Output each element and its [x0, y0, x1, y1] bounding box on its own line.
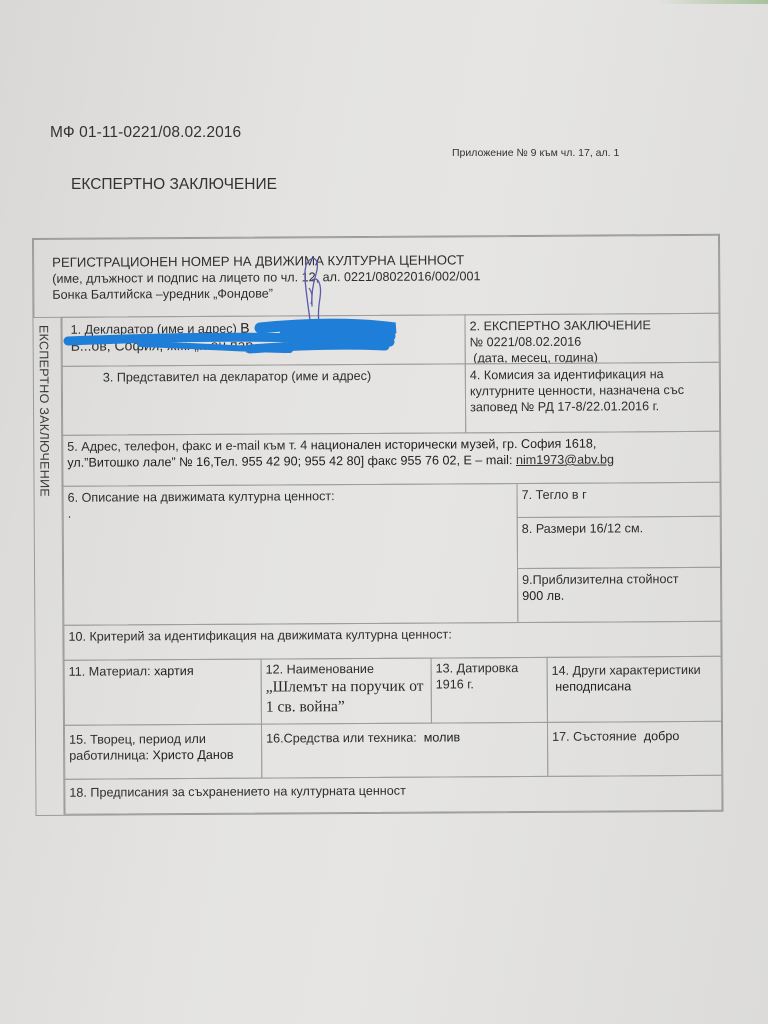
- field-creator: 15. Творец, период или работилница: Хрис…: [64, 724, 262, 780]
- field-declarant: 1. Декларатор (име и адрес) Вров Б...ов,…: [61, 314, 465, 366]
- material-label: 11. Материал:: [69, 664, 155, 679]
- background-corner: [658, 0, 768, 4]
- registration-section: РЕГИСТРАЦИОНЕН НОМЕР НА ДВИЖИМА КУЛТУРНА…: [33, 235, 719, 318]
- dimensions-label: 8. Размери 16/12 см.: [522, 521, 643, 536]
- document-title: ЕКСПЕРТНО ЗАКЛЮЧЕНИЕ: [71, 176, 277, 194]
- criterion-label: 10. Критерий за идентификация на движима…: [68, 627, 451, 643]
- approx-value: 900 лв.: [522, 587, 716, 604]
- expert-opinion-number: № 0221/08.02.2016: [470, 333, 715, 350]
- address-label: 5. Адрес, телефон, факс и e-mail към т. …: [67, 438, 311, 453]
- annex-label: Приложение № 9 към чл. 17, ал. 1: [452, 147, 619, 159]
- dating-label: 13. Датировка: [436, 660, 543, 677]
- address-value-1: национален исторически музей, гр. София …: [311, 437, 597, 453]
- reference-number: МФ 01-11-0221/08.02.2016: [50, 124, 241, 142]
- registration-curator: Бонка Балтийска –уредник „Фондове”: [52, 283, 700, 303]
- field-storage-instructions: 18. Предписания за съхранението на култу…: [64, 775, 722, 815]
- field-dating: 13. Датировка 1916 г.: [431, 657, 548, 724]
- field-dimensions: 8. Размери 16/12 см.: [517, 516, 721, 569]
- address-value-2: ул.”Витошко лале” № 16,Тел. 955 42 90; 9…: [67, 453, 516, 470]
- side-column: ЕКСПЕРТНО ЗАКЛЮЧЕНИЕ: [33, 317, 64, 815]
- field-other-characteristics: 14. Други характеристики неподписана: [547, 656, 722, 723]
- name-label: 12. Наименование: [266, 661, 427, 678]
- technique-label: 16.Средства или техника:: [266, 731, 424, 746]
- email-link[interactable]: nim1973@abv.bg: [516, 452, 614, 467]
- name-value: „Шлемът на поручик от 1 св. война”: [266, 677, 427, 718]
- declarant-label: 1. Декларатор (име и адрес): [71, 322, 241, 337]
- technique-value: молив: [424, 730, 461, 744]
- commission-label: 4. Комисия за идентификация на културнит…: [470, 367, 684, 414]
- weight-label: 7. Тегло в г: [522, 488, 587, 502]
- expert-opinion-label: 2. ЕКСПЕРТНО ЗАКЛЮЧЕНИЕ: [469, 317, 714, 334]
- side-label: ЕКСПЕРТНО ЗАКЛЮЧЕНИЕ: [37, 325, 52, 497]
- approx-value-label: 9.Приблизителна стойност: [522, 571, 716, 588]
- field-technique: 16.Средства или техника: молив: [261, 722, 548, 779]
- other-characteristics-label: 14. Други характеристики: [552, 662, 717, 679]
- declarant-name-end: ров: [340, 319, 363, 335]
- field-name: 12. Наименование „Шлемът на поручик от 1…: [261, 658, 432, 725]
- field-material: 11. Материал: хартия: [64, 659, 262, 726]
- field-description: 6. Описание на движимата културна ценнос…: [63, 483, 519, 626]
- condition-label: 17. Състояние: [552, 729, 644, 744]
- field-approx-value: 9.Приблизителна стойност 900 лв.: [517, 567, 721, 623]
- description-value: .: [68, 503, 513, 522]
- field-criterion: 10. Критерий за идентификация на движима…: [63, 621, 721, 661]
- storage-instructions-label: 18. Предписания за съхранението на култу…: [69, 784, 406, 800]
- expert-opinion-form: РЕГИСТРАЦИОНЕН НОМЕР НА ДВИЖИМА КУЛТУРНА…: [32, 234, 724, 816]
- declarant-address: Б...ов, София, ж.к. „...ен пар... ...1: [71, 335, 461, 353]
- material-value: хартия: [154, 664, 194, 678]
- other-characteristics-value: неподписана: [552, 678, 717, 695]
- field-weight: 7. Тегло в г: [517, 482, 721, 518]
- field-address: 5. Адрес, телефон, факс и e-mail към т. …: [62, 431, 720, 487]
- field-representative: 3. Представител на декларатор (име и адр…: [62, 363, 466, 435]
- field-commission: 4. Комисия за идентификация на културнит…: [465, 362, 720, 434]
- representative-label: 3. Представител на декларатор (име и адр…: [103, 369, 371, 385]
- declarant-name-start: В: [240, 320, 249, 336]
- creator-value: Христо Данов: [152, 748, 233, 762]
- condition-value: добро: [644, 729, 680, 743]
- field-expert-opinion-number: 2. ЕКСПЕРТНО ЗАКЛЮЧЕНИЕ № 0221/08.02.201…: [464, 313, 719, 365]
- field-condition: 17. Състояние добро: [547, 721, 722, 777]
- dating-value: 1916 г.: [436, 676, 543, 693]
